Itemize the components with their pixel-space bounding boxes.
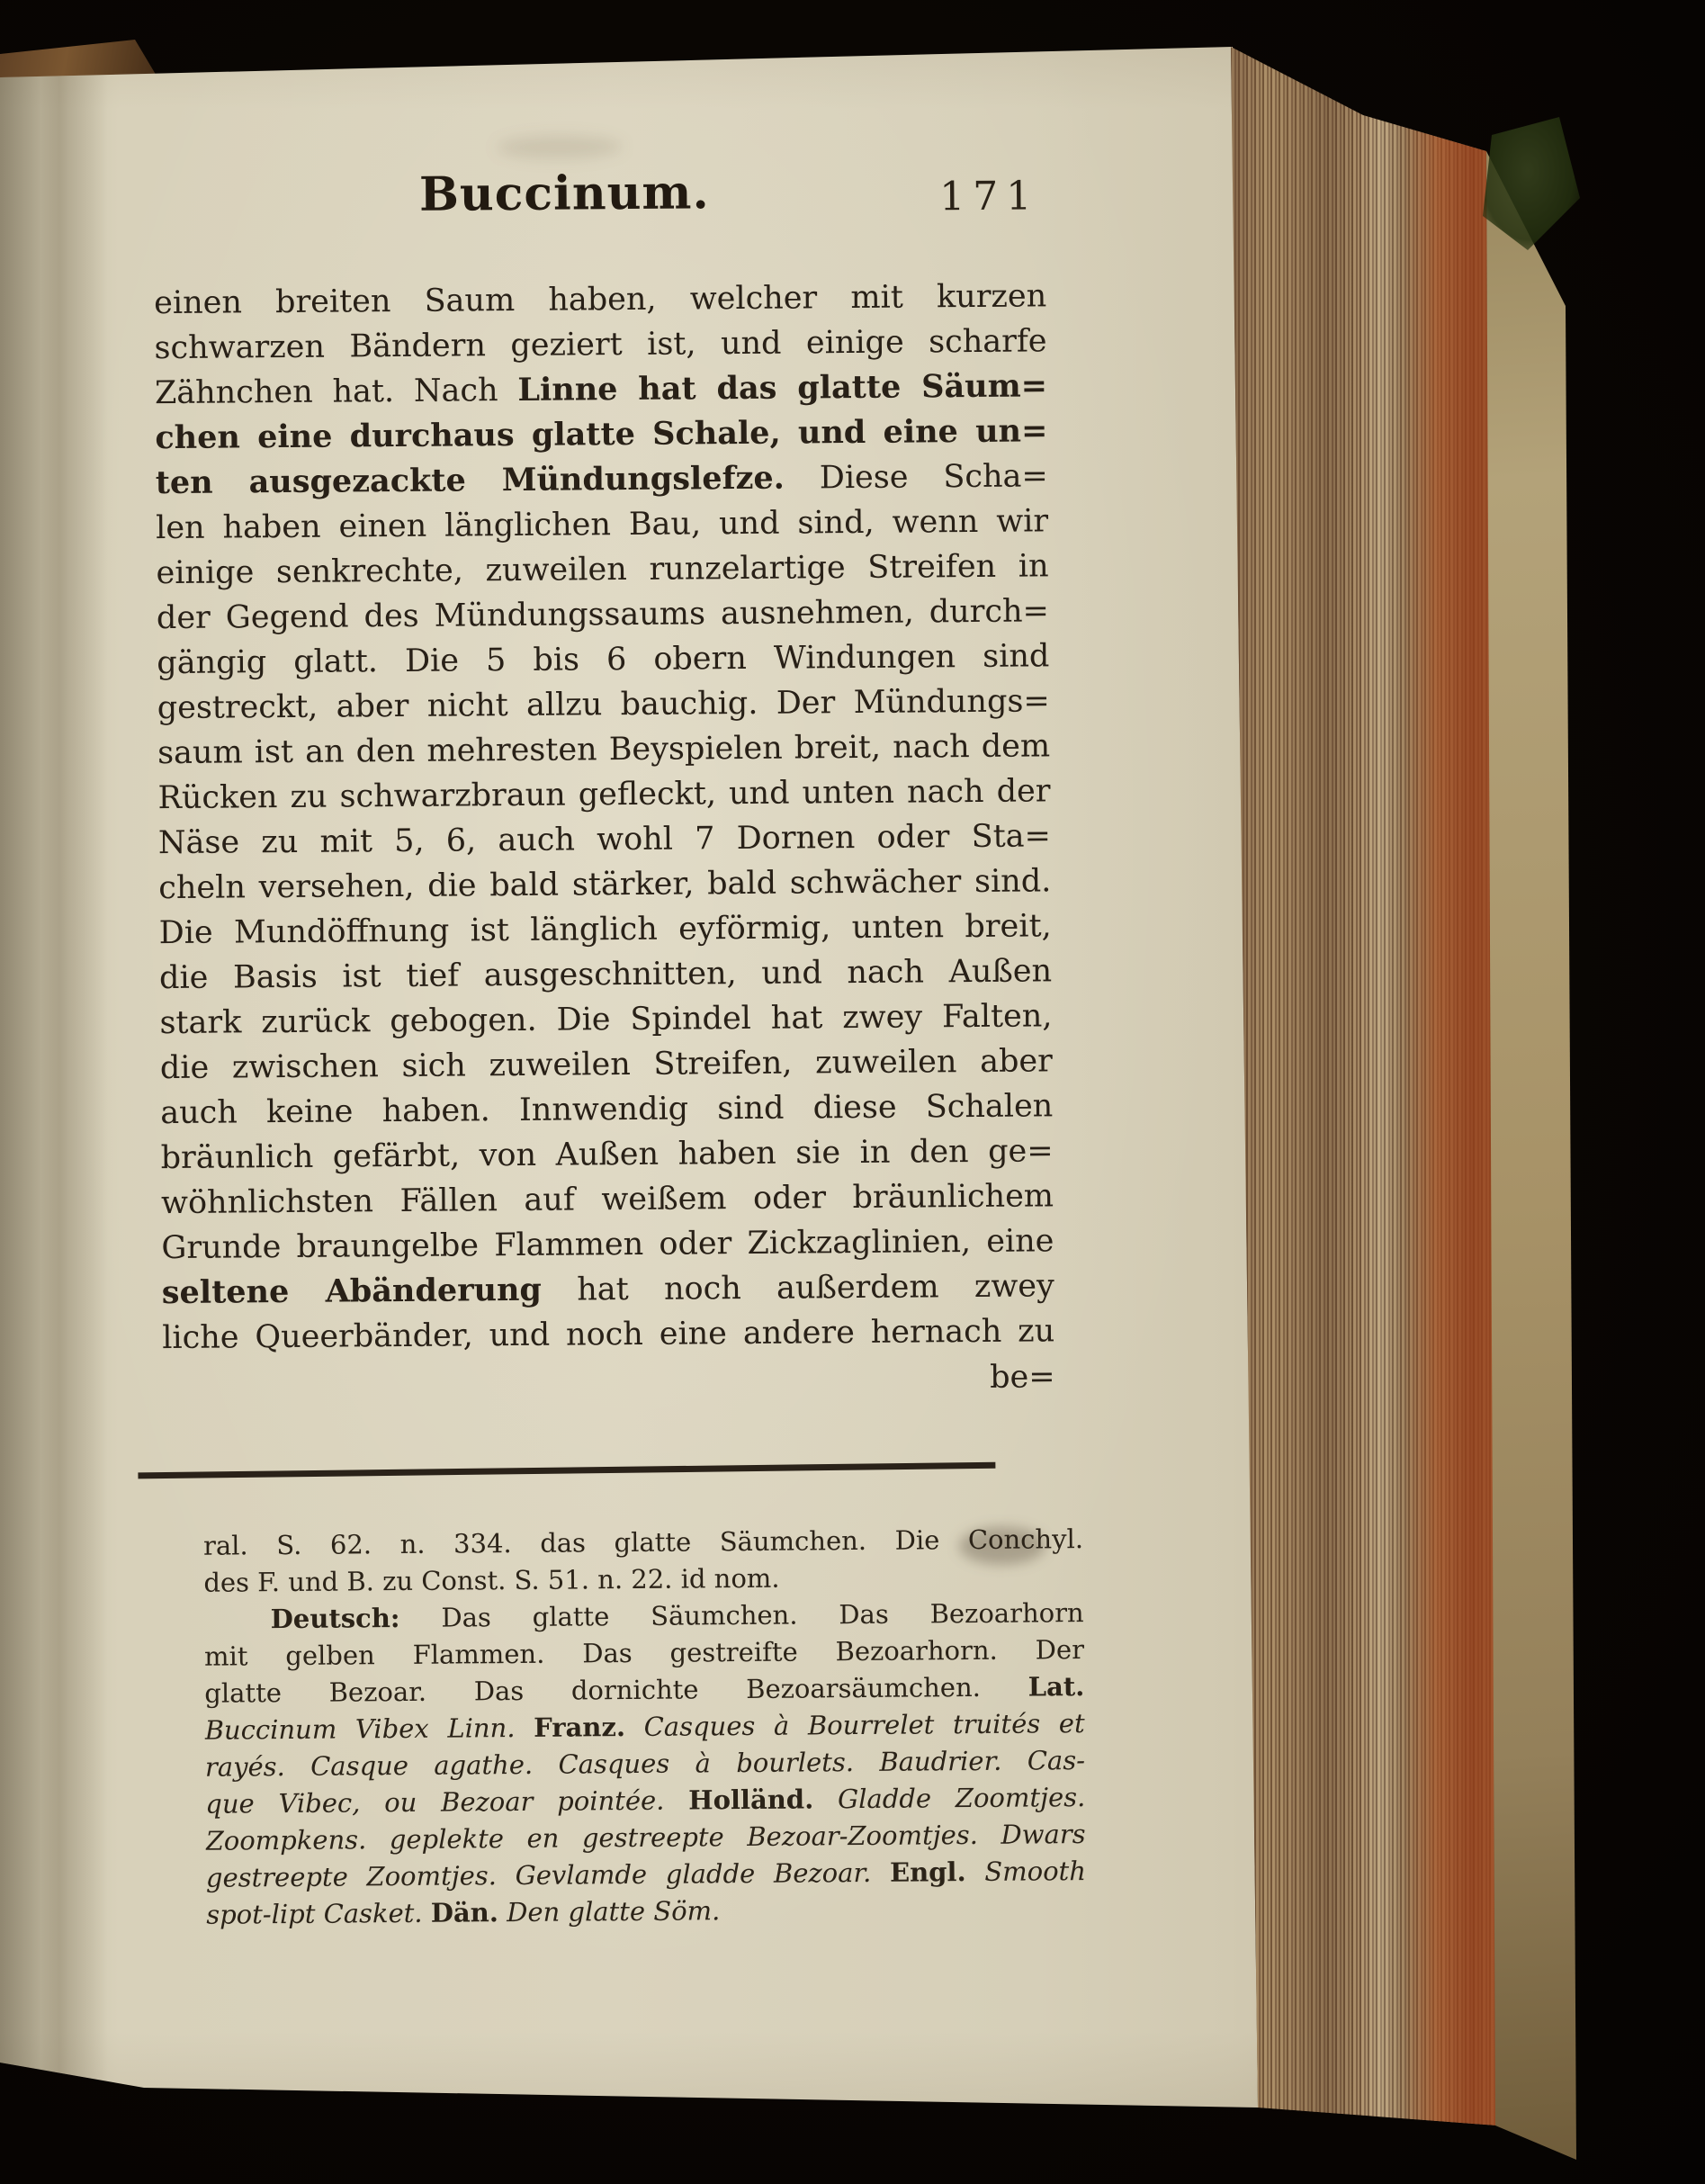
text-run bbox=[664, 1785, 688, 1816]
text-line: ten ausgezackte Mündungslefze. Diese Sch… bbox=[156, 454, 1048, 506]
text-run: bräunlich gefärbt, von Außen haben sie i… bbox=[161, 1133, 1054, 1176]
text-run: einige senkrechte, zuweilen runzelartige… bbox=[156, 548, 1048, 591]
text-line: liche Queerbänder, und noch eine andere … bbox=[162, 1308, 1054, 1361]
text-line: ral. S. 62. n. 334. das glatte Säumchen.… bbox=[203, 1521, 1083, 1565]
text-run: der Gegend des Mündungssaums ausnehmen, … bbox=[157, 593, 1049, 636]
text-run: gängig glatt. Die 5 bis 6 obern Windunge… bbox=[157, 638, 1049, 681]
text-run: einen breiten Saum haben, welcher mit ku… bbox=[154, 278, 1046, 321]
text-run: Näse zu mit 5, 6, auch wohl 7 Dornen ode… bbox=[158, 818, 1051, 861]
text-line: stark zurück gebogen. Die Spindel hat zw… bbox=[159, 993, 1052, 1046]
text-run: Franz. bbox=[534, 1712, 625, 1743]
text-run: Gladde Zoomtjes. bbox=[838, 1782, 1086, 1814]
text-run: ten ausgezackte Mündungslefze. bbox=[156, 460, 785, 501]
text-run: liche Queerbänder, und noch eine andere … bbox=[162, 1313, 1054, 1356]
text-run: die Basis ist tief ausgeschnitten, und n… bbox=[159, 953, 1052, 996]
text-run: spot-lipt Casket. bbox=[206, 1898, 423, 1930]
text-line: Zähnchen hat. Nach Linne hat das glatte … bbox=[155, 364, 1047, 416]
text-run: die zwischen sich zuweilen Streifen, zuw… bbox=[160, 1043, 1053, 1086]
text-line: bräunlich gefärbt, von Außen haben sie i… bbox=[160, 1128, 1053, 1181]
book-photo: Buccinum. 171 einen breiten Saum haben, … bbox=[0, 0, 1705, 2184]
text-run: Rücken zu schwarzbraun gefleckt, und unt… bbox=[157, 773, 1050, 816]
text-run: gestreepte Zoomtjes. Gevlamde gladde Bez… bbox=[206, 1857, 872, 1893]
text-run: cheln versehen, die bald stärker, bald s… bbox=[158, 863, 1051, 906]
text-line: Rücken zu schwarzbraun gefleckt, und unt… bbox=[157, 768, 1050, 821]
text-line: die zwischen sich zuweilen Streifen, zuw… bbox=[160, 1038, 1053, 1091]
text-line: auch keine haben. Innwendig sind diese S… bbox=[160, 1083, 1053, 1136]
text-line: chen eine durchaus glatte Schale, und ei… bbox=[155, 409, 1047, 461]
text-run: Das glatte Säumchen. Das Bezoarhorn bbox=[399, 1597, 1083, 1633]
text-line: gestreckt, aber nicht allzu bauchig. Der… bbox=[157, 679, 1050, 731]
footnote-text: ral. S. 62. n. 334. das glatte Säumchen.… bbox=[203, 1521, 1087, 1934]
paper-stain bbox=[497, 135, 623, 159]
text-line: cheln versehen, die bald stärker, bald s… bbox=[158, 858, 1051, 911]
text-run: Holländ. bbox=[688, 1784, 813, 1815]
text-run: Casques à Bourrelet truités et bbox=[644, 1708, 1085, 1742]
text-run bbox=[871, 1857, 890, 1888]
text-line: spot-lipt Casket. Dän. Den glatte Söm. bbox=[206, 1890, 1086, 1934]
text-run: des F. und B. zu Const. S. 51. n. 22. id… bbox=[203, 1563, 779, 1598]
text-run: auch keine haben. Innwendig sind diese S… bbox=[160, 1088, 1053, 1131]
text-run bbox=[625, 1712, 644, 1742]
text-run: Linne hat das glatte Säum= bbox=[517, 367, 1047, 409]
text-line: die Basis ist tief ausgeschnitten, und n… bbox=[159, 948, 1052, 1001]
text-run: Smooth bbox=[984, 1856, 1086, 1887]
text-run bbox=[813, 1784, 838, 1814]
text-run: saum ist an den mehresten Beyspielen bre… bbox=[157, 728, 1050, 771]
text-line: Grunde braungelbe Flammen oder Zickzagli… bbox=[161, 1218, 1054, 1271]
text-run: stark zurück gebogen. Die Spindel hat zw… bbox=[159, 998, 1052, 1041]
text-run: mit gelben Flammen. Das gestreifte Bezoa… bbox=[204, 1634, 1084, 1672]
footnote-rule bbox=[138, 1462, 995, 1479]
text-run bbox=[422, 1898, 430, 1928]
text-run: Buccinum Vibex Linn. bbox=[205, 1712, 516, 1746]
text-line: saum ist an den mehresten Beyspielen bre… bbox=[157, 724, 1050, 776]
text-run: Diese Scha= bbox=[785, 458, 1048, 496]
text-run: len haben einen länglichen Bau, und sind… bbox=[156, 503, 1048, 546]
text-run bbox=[965, 1856, 984, 1887]
text-line: len haben einen länglichen Bau, und sind… bbox=[156, 499, 1048, 551]
printed-page-content: Buccinum. 171 einen breiten Saum haben, … bbox=[0, 0, 1332, 2184]
text-line: gestreepte Zoomtjes. Gevlamde gladde Bez… bbox=[206, 1853, 1086, 1897]
text-run: Lat. bbox=[1027, 1671, 1084, 1702]
text-run bbox=[515, 1712, 534, 1743]
text-line: Die Mundöffnung ist länglich eyförmig, u… bbox=[159, 903, 1052, 956]
text-run: wöhnlichsten Fällen auf weißem oder bräu… bbox=[161, 1178, 1054, 1221]
body-text: einen breiten Saum haben, welcher mit ku… bbox=[154, 274, 1054, 1361]
text-run: ral. S. 62. n. 334. das glatte Säumchen.… bbox=[203, 1523, 1083, 1561]
text-run: Die Mundöffnung ist länglich eyförmig, u… bbox=[159, 908, 1052, 951]
running-header-title: Buccinum. bbox=[393, 165, 735, 222]
text-run: chen eine durchaus glatte Schale, und ei… bbox=[155, 412, 1047, 456]
text-line: einen breiten Saum haben, welcher mit ku… bbox=[154, 274, 1046, 326]
text-line: wöhnlichsten Fällen auf weißem oder bräu… bbox=[161, 1173, 1054, 1226]
text-run: Grunde braungelbe Flammen oder Zickzagli… bbox=[161, 1223, 1054, 1266]
text-line: seltene Abänderung hat noch außerdem zwe… bbox=[162, 1263, 1054, 1316]
text-run: Den glatte Söm. bbox=[507, 1895, 720, 1928]
text-run: seltene Abänderung bbox=[162, 1272, 542, 1311]
catchword: be= bbox=[162, 1359, 1054, 1402]
text-run: rayés. Casque agathe. Casques à bourlets… bbox=[205, 1745, 1085, 1783]
text-run: Engl. bbox=[890, 1856, 966, 1888]
text-run: gestreckt, aber nicht allzu bauchig. Der… bbox=[157, 683, 1050, 726]
text-run: Dän. bbox=[431, 1897, 498, 1928]
text-line: der Gegend des Mündungssaums ausnehmen, … bbox=[157, 589, 1049, 641]
text-run: que Vibec, ou Bezoar pointée. bbox=[205, 1785, 664, 1820]
text-line: einige senkrechte, zuweilen runzelartige… bbox=[156, 544, 1048, 596]
text-run bbox=[498, 1897, 507, 1928]
text-line: Näse zu mit 5, 6, auch wohl 7 Dornen ode… bbox=[158, 813, 1051, 866]
text-run: Zoompkens. geplekte en gestreepte Bezoar… bbox=[205, 1819, 1085, 1856]
page-number: 171 bbox=[939, 173, 1065, 220]
text-run: glatte Bezoar. Das dornichte Bezoarsäumc… bbox=[204, 1672, 1028, 1709]
text-run: Deutsch: bbox=[271, 1603, 400, 1634]
text-line: gängig glatt. Die 5 bis 6 obern Windunge… bbox=[157, 634, 1049, 686]
text-line: schwarzen Bändern geziert ist, und einig… bbox=[154, 319, 1046, 371]
text-run: Zähnchen hat. Nach bbox=[155, 373, 518, 411]
text-run: schwarzen Bändern geziert ist, und einig… bbox=[154, 323, 1046, 366]
